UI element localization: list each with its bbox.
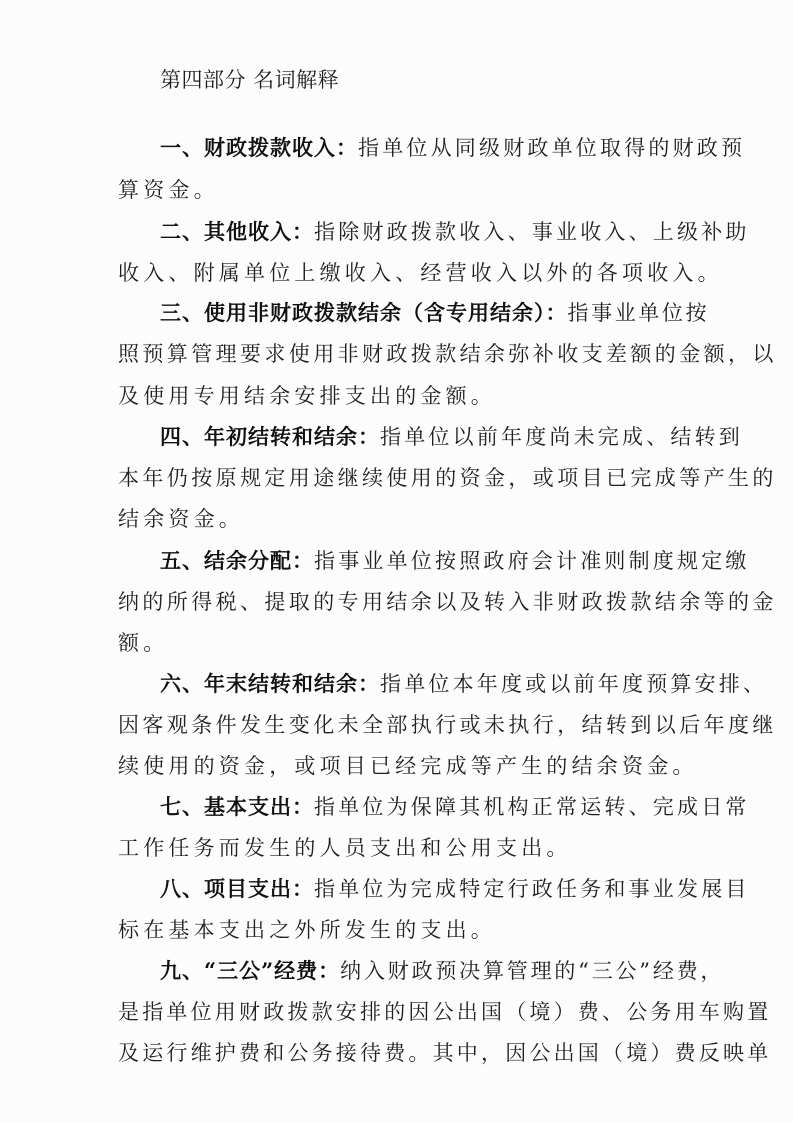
definition-3-line-2: 照预算管理要求使用非财政拨款结余弥补收支差额的金额，以 <box>118 338 698 368</box>
document-page: 第四部分 名词解释 一、财政拨款收入：指单位从同级财政单位取得的财政预 算资金。… <box>0 0 793 1122</box>
definition-term: 九、“三公”经费： <box>160 958 340 983</box>
definition-term: 三、使用非财政拨款结余（含专用结余）： <box>160 300 568 325</box>
definition-9-line-1: 九、“三公”经费：纳入财政预决算管理的“三公”经费， <box>160 955 740 985</box>
definition-4-line-3: 结余资金。 <box>118 503 698 533</box>
definition-5-line-2: 纳的所得税、提取的专用结余以及转入非财政拨款结余等的金 <box>118 586 698 616</box>
definition-term: 七、基本支出： <box>160 794 314 819</box>
definition-7-line-1: 七、基本支出：指单位为保障其机构正常运转、完成日常 <box>160 791 740 821</box>
definition-6-line-1: 六、年末结转和结余：指单位本年度或以前年度预算安排、 <box>160 668 740 698</box>
definition-7-line-2: 工作任务而发生的人员支出和公用支出。 <box>118 832 698 862</box>
definition-1-line-2: 算资金。 <box>118 174 698 204</box>
definition-1-line-1: 一、财政拨款收入：指单位从同级财政单位取得的财政预 <box>160 132 740 162</box>
definition-term: 八、项目支出： <box>160 876 314 901</box>
definition-term: 四、年初结转和结余： <box>160 424 380 449</box>
definition-5-line-3: 额。 <box>118 627 698 657</box>
definition-3-line-3: 及使用专用结余安排支出的金额。 <box>118 380 698 410</box>
definition-6-line-2: 因客观条件发生变化未全部执行或未执行，结转到以后年度继 <box>118 709 698 739</box>
definition-6-line-3: 续使用的资金，或项目已经完成等产生的结余资金。 <box>118 750 698 780</box>
definition-8-line-2: 标在基本支出之外所发生的支出。 <box>118 914 698 944</box>
definition-term: 六、年末结转和结余： <box>160 671 380 696</box>
definition-term: 二、其他收入： <box>160 219 314 244</box>
definition-8-line-1: 八、项目支出：指单位为完成特定行政任务和事业发展目 <box>160 873 740 903</box>
definition-2-line-1: 二、其他收入：指除财政拨款收入、事业收入、上级补助 <box>160 216 740 246</box>
section-title: 第四部分 名词解释 <box>160 64 339 94</box>
definition-4-line-2: 本年仍按原规定用途继续使用的资金，或项目已完成等产生的 <box>118 462 698 492</box>
definition-2-line-2: 收入、附属单位上缴收入、经营收入以外的各项收入。 <box>118 257 698 287</box>
definition-3-line-1: 三、使用非财政拨款结余（含专用结余）：指事业单位按 <box>160 297 740 327</box>
definition-9-line-3: 及运行维护费和公务接待费。其中，因公出国（境）费反映单 <box>118 1037 698 1067</box>
definition-term: 五、结余分配： <box>160 548 314 573</box>
definition-9-line-2: 是指单位用财政拨款安排的因公出国（境）费、公务用车购置 <box>118 996 698 1026</box>
definition-term: 一、财政拨款收入： <box>160 135 358 160</box>
definition-5-line-1: 五、结余分配：指事业单位按照政府会计准则制度规定缴 <box>160 545 740 575</box>
definition-4-line-1: 四、年初结转和结余：指单位以前年度尚未完成、结转到 <box>160 421 740 451</box>
